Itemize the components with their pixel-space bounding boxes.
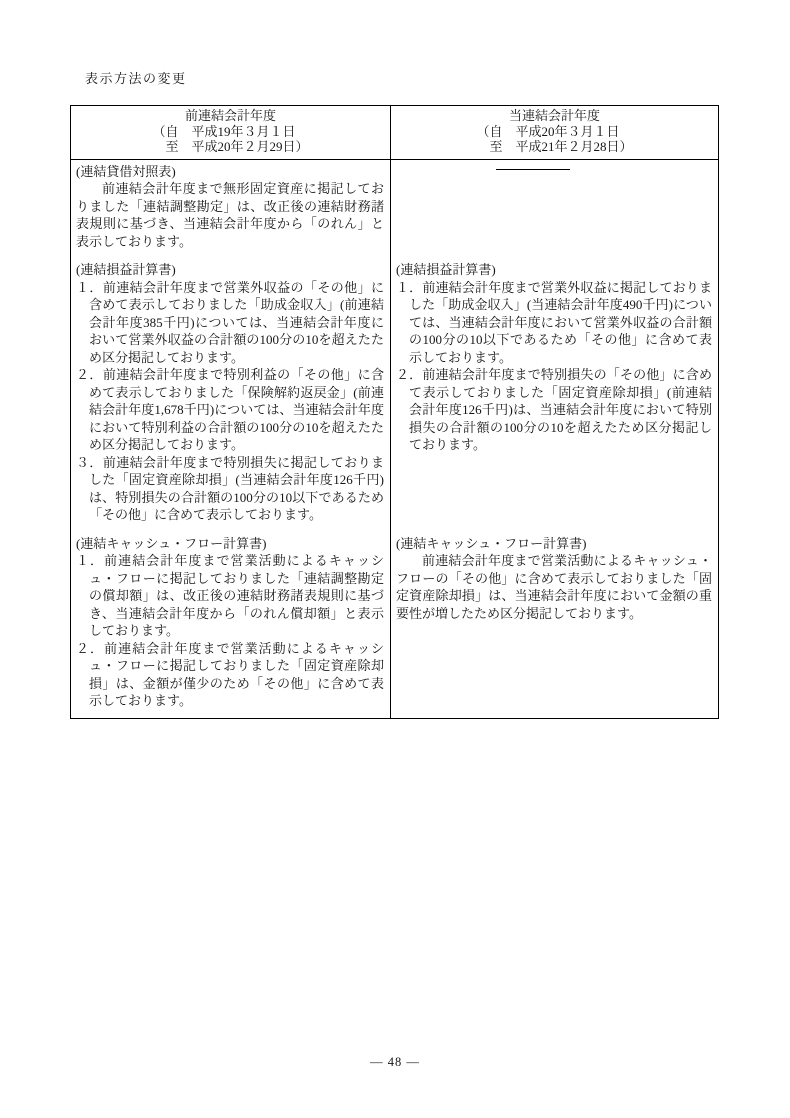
row-cash-flow: (連結キャッシュ・フロー計算書) １．前連結会計年度まで営業活動によるキャッシュ… [71, 532, 719, 719]
cell-balance-sheet-right [391, 159, 719, 258]
paragraph-item: １．前連結会計年度まで営業外収益に掲記しておりました「助成金収入」(当連結会計年… [396, 279, 712, 367]
prev-year-from: （自 平成19年３月１日 [152, 124, 308, 140]
section-heading-cash-flow-curr: (連結キャッシュ・フロー計算書) [396, 535, 712, 553]
curr-year-to: 至 平成21年２月28日） [476, 139, 632, 155]
paragraph-item: １．前連結会計年度まで営業外収益の「その他」に含めて表示しておりました「助成金収… [76, 279, 384, 367]
cell-cash-flow-left: (連結キャッシュ・フロー計算書) １．前連結会計年度まで営業活動によるキャッシュ… [71, 532, 391, 719]
cell-income-statement-left: (連結損益計算書) １．前連結会計年度まで営業外収益の「その他」に含めて表示して… [71, 258, 391, 532]
section-heading-income-statement-curr: (連結損益計算書) [396, 261, 712, 279]
row-income-statement: (連結損益計算書) １．前連結会計年度まで営業外収益の「その他」に含めて表示して… [71, 258, 719, 532]
curr-year-title: 当連結会計年度 [476, 108, 632, 124]
prev-year-title: 前連結会計年度 [152, 108, 308, 124]
paragraph-item: １．前連結会計年度まで営業活動によるキャッシュ・フローに掲記しておりました「連結… [76, 552, 384, 640]
page-title: 表示方法の変更 [85, 68, 187, 87]
section-heading-balance-sheet: (連結貸借対照表) [76, 163, 384, 181]
presentation-change-table: 前連結会計年度 （自 平成19年３月１日 至 平成20年２月29日） 当連結会計… [70, 105, 719, 719]
prev-year-to: 至 平成20年２月29日） [152, 139, 308, 155]
paragraph-cash-flow-curr: 前連結会計年度まで営業活動によるキャッシュ・フローの「その他」に含めて表示してお… [396, 552, 712, 622]
header-current-fiscal-year: 当連結会計年度 （自 平成20年３月１日 至 平成21年２月28日） [391, 106, 719, 160]
cell-balance-sheet-left: (連結貸借対照表) 前連結会計年度まで無形固定資産に掲記しておりました「連結調整… [71, 159, 391, 258]
paragraph-balance-sheet: 前連結会計年度まで無形固定資産に掲記しておりました「連結調整勘定」は、改正後の連… [76, 180, 384, 250]
paragraph-item: ２．前連結会計年度まで特別利益の「その他」に含めて表示しておりました「保険解約返… [76, 366, 384, 454]
cell-cash-flow-right: (連結キャッシュ・フロー計算書) 前連結会計年度まで営業活動によるキャッシュ・フ… [391, 532, 719, 719]
paragraph-item: ２．前連結会計年度まで営業活動によるキャッシュ・フローに掲記しておりました「固定… [76, 640, 384, 710]
section-heading-income-statement-prev: (連結損益計算書) [76, 261, 384, 279]
document-page: 表示方法の変更 前連結会計年度 （自 平成19年３月１日 至 平成20年２月29… [0, 0, 790, 1118]
section-heading-cash-flow-prev: (連結キャッシュ・フロー計算書) [76, 535, 384, 553]
ditto-line [496, 169, 570, 170]
paragraph-item: ３．前連結会計年度まで特別損失に掲記しておりました「固定資産除却損」(当連結会計… [76, 454, 384, 524]
page-number: ― 48 ― [0, 1055, 790, 1070]
cell-income-statement-right: (連結損益計算書) １．前連結会計年度まで営業外収益に掲記しておりました「助成金… [391, 258, 719, 532]
paragraph-item: ２．前連結会計年度まで特別損失の「その他」に含めて表示しておりました「固定資産除… [396, 366, 712, 454]
row-balance-sheet: (連結貸借対照表) 前連結会計年度まで無形固定資産に掲記しておりました「連結調整… [71, 159, 719, 258]
header-previous-fiscal-year: 前連結会計年度 （自 平成19年３月１日 至 平成20年２月29日） [71, 106, 391, 160]
curr-year-from: （自 平成20年３月１日 [476, 124, 632, 140]
table-header-row: 前連結会計年度 （自 平成19年３月１日 至 平成20年２月29日） 当連結会計… [71, 106, 719, 160]
